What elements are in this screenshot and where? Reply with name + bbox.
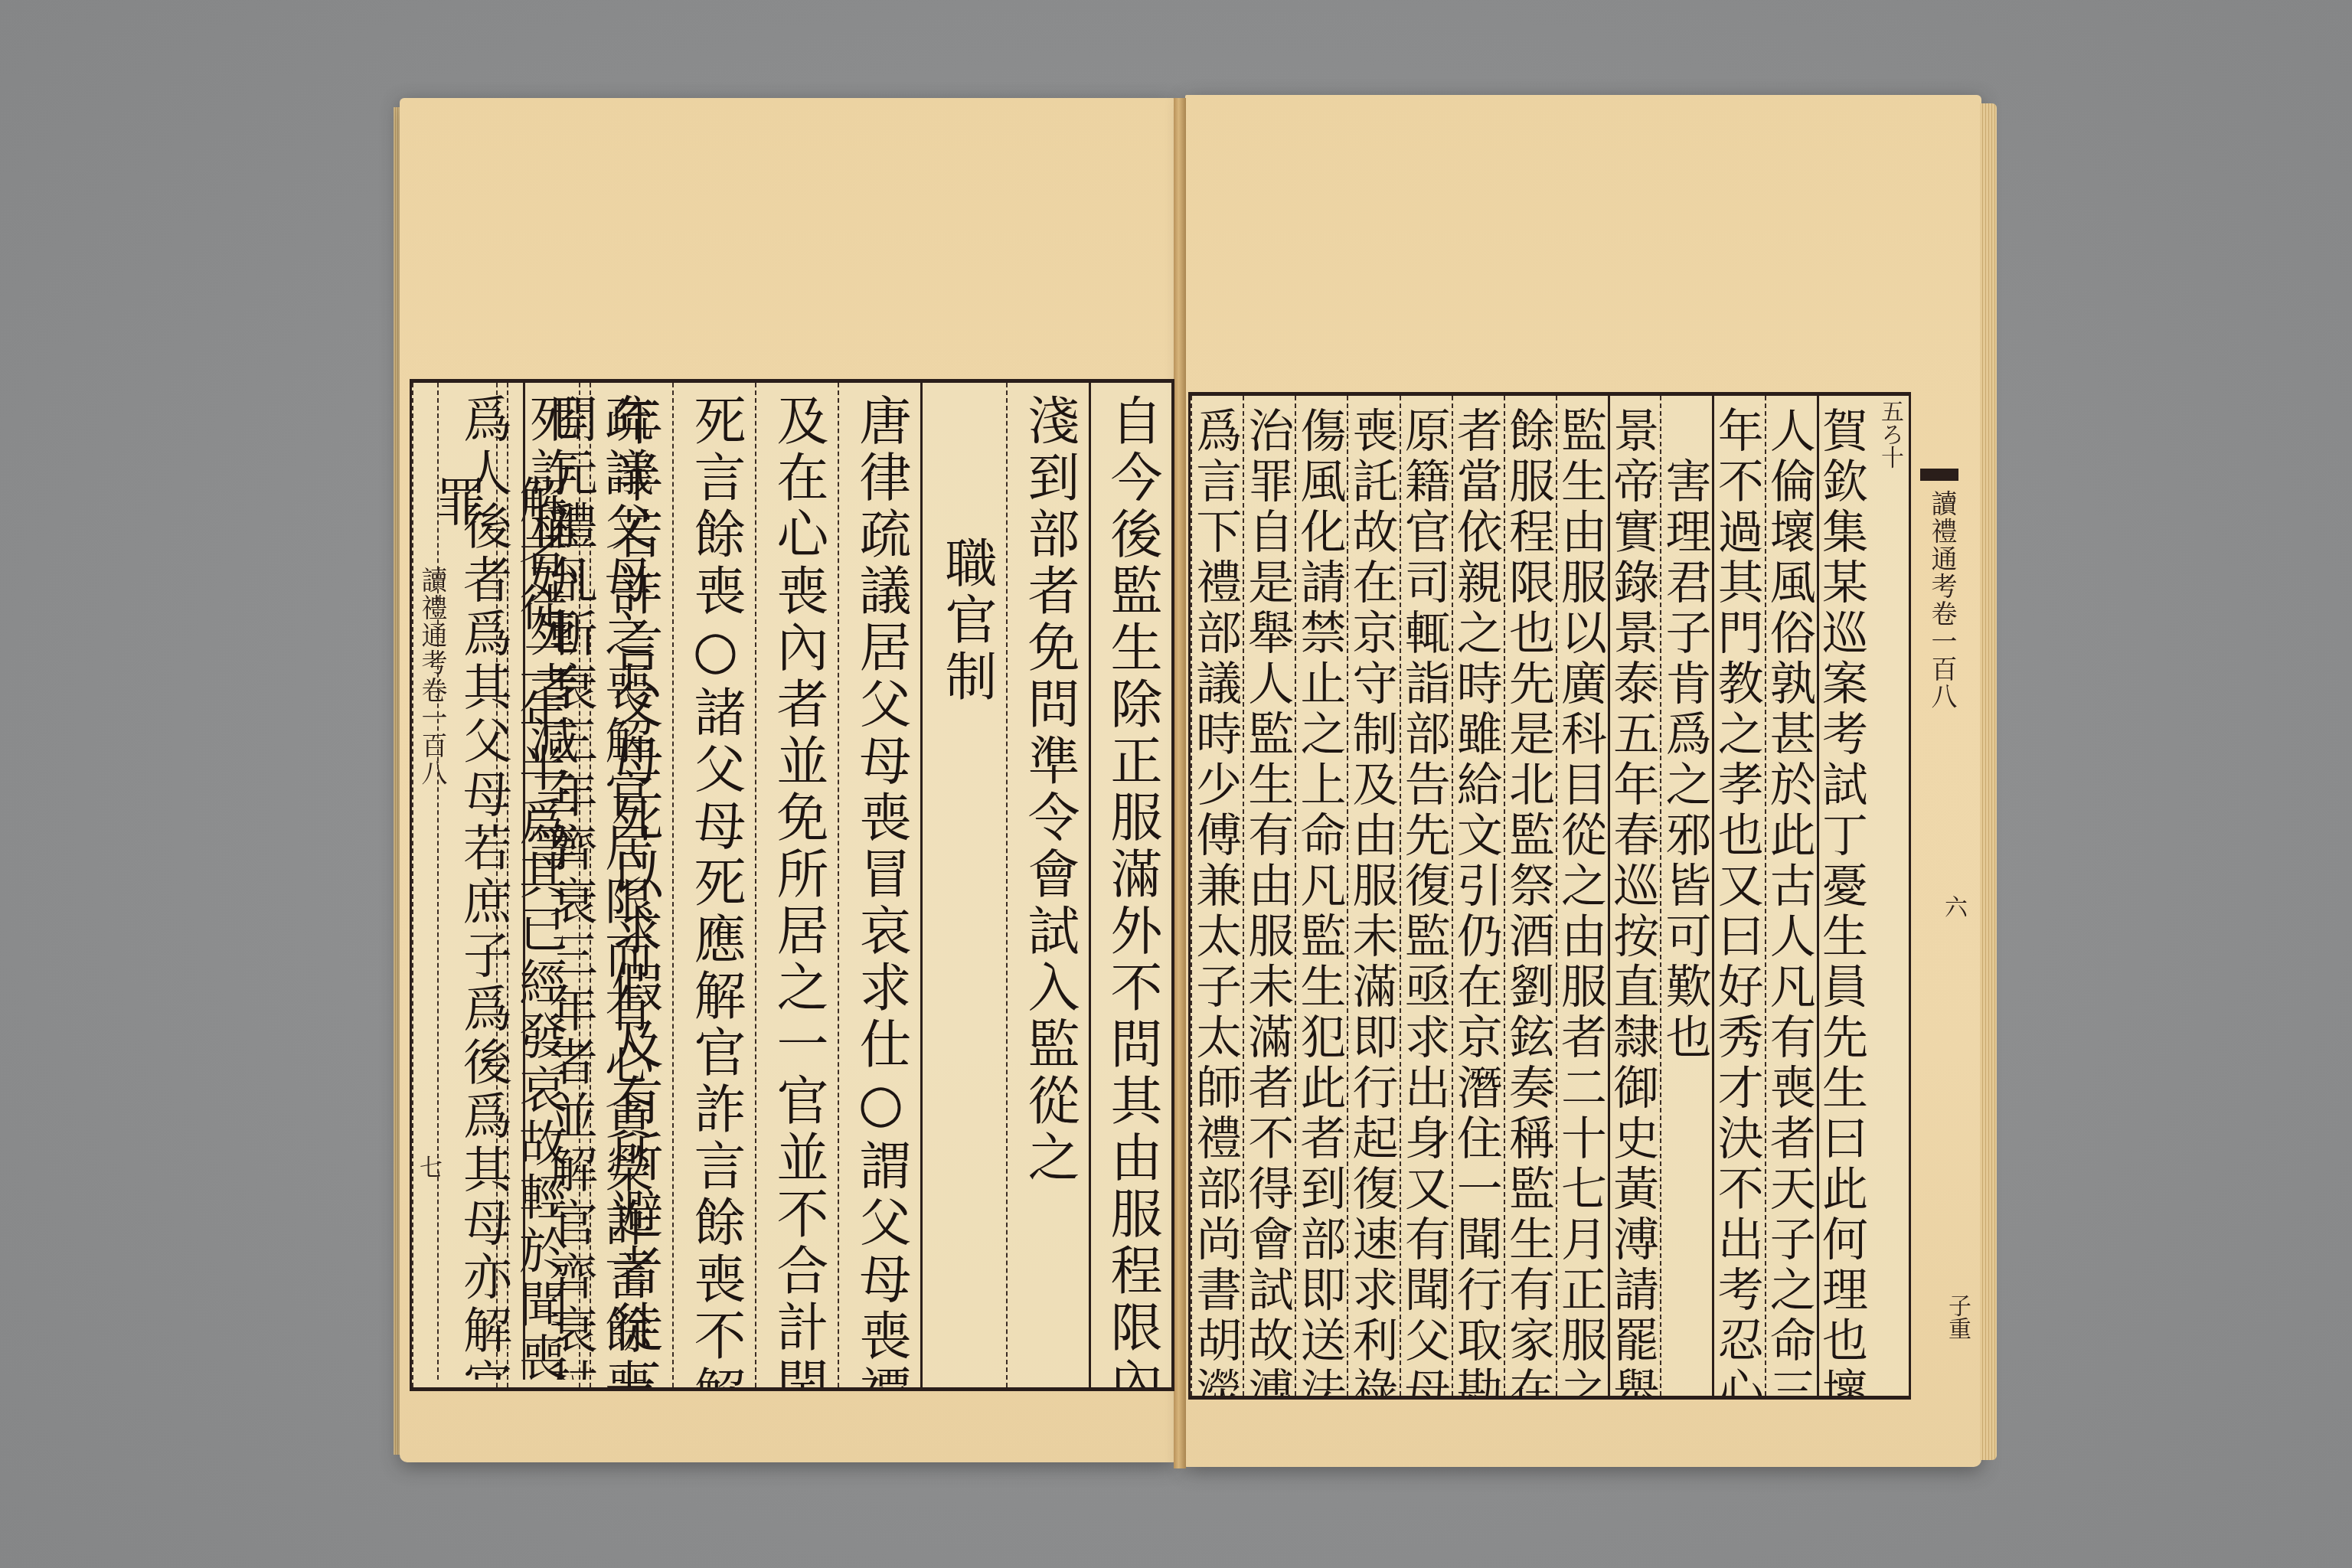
left-col-1: 自今後監生除正服滿外不問其由服程限內有無深 <box>1089 383 1171 1387</box>
left-col-2: 淺到部者免問準令會試入監從之 <box>1006 383 1089 1387</box>
right-bottom-margin-note: 子重 <box>1940 1294 1974 1340</box>
right-leaf-number: 六 <box>1945 888 1968 922</box>
right-col-10: 喪託故在京守制及由服未滿即行起復速求利祿有 <box>1347 396 1399 1396</box>
left-col-12: 開元禮凡斬衰三年齊衰三年者並解官齊衰杖周及 <box>523 383 609 1380</box>
left-col-13: 爲人後者爲其父母若庶子爲後爲其母亦解官申其 <box>437 383 523 1380</box>
right-col-5: 景帝實錄景泰五年春巡按直隸御史黃溥請罷舉人 <box>1608 396 1660 1396</box>
right-text-frame: 賀欽集某巡案考試丁憂生員先生曰此何理也壞 人倫壞風俗孰甚於此古人凡有喪者天子之命… <box>1188 392 1911 1400</box>
right-fish-tail-mark <box>1920 469 1958 481</box>
left-col-3-heading: 職官制 <box>920 383 1006 1387</box>
left-col-5: 及在心喪內者並免所居之一官並不合計閏○父母 <box>755 383 838 1387</box>
right-col-7: 餘服程限也先是北監祭酒劉鉉奏稱監生有家在京 <box>1504 396 1556 1396</box>
right-col-1: 賀欽集某巡案考試丁憂生員先生曰此何理也壞 <box>1817 396 1869 1396</box>
right-col-6: 監生由服以廣科目從之由服者二十七月正服之外 <box>1556 396 1608 1396</box>
right-col-11: 傷風化請禁止之上命凡監生犯此者到部即送法司 <box>1295 396 1347 1396</box>
right-fish-tail-title: 讀禮通考卷一百八 <box>1923 490 1961 735</box>
right-columns: 賀欽集某巡案考試丁憂生員先生曰此何理也壞 人倫壞風俗孰甚於此古人凡有喪者天子之命… <box>1191 396 1869 1396</box>
left-final-columns: 開元禮凡斬衰三年齊衰三年者並解官齊衰杖周及 爲人後者爲其父母若庶子爲後爲其母亦解… <box>433 383 609 1380</box>
left-col-6: 死言餘喪○諸父母死應解官詐言餘喪不解者徒二 <box>672 383 755 1387</box>
right-col-4: 害理君子肯爲之邪皆可歎也 <box>1660 396 1712 1396</box>
right-col-3: 年不過其門教之孝也又曰好秀才決不出考忍心 <box>1712 396 1764 1396</box>
left-fish-tail-title: 讀禮通考卷一百八 <box>413 567 451 796</box>
book-gutter <box>1174 98 1186 1468</box>
left-leaf-number: 七 <box>420 1148 443 1182</box>
left-col-4: 唐律疏議居父母喪冒哀求仕○謂父母喪禫制未除 <box>838 383 920 1387</box>
right-col-2: 人倫壞風俗孰甚於此古人凡有喪者天子之命三 <box>1765 396 1817 1396</box>
right-col-8: 者當依親之時雖給文引仍在京潛住一聞行取勘到 <box>1452 396 1504 1396</box>
right-col-9: 原籍官司輒詣部告先復監亟求出身又有聞父母之 <box>1400 396 1452 1396</box>
right-col-13: 爲言下禮部議時少傅兼太子太師禮部尚書胡濙議 <box>1191 396 1243 1396</box>
right-top-margin-note: 五ろ十 <box>1873 400 1906 469</box>
right-col-12: 治罪自是舉人監生有由服未滿者不得會試故溥以 <box>1243 396 1295 1396</box>
right-page-edges <box>1980 103 1997 1460</box>
